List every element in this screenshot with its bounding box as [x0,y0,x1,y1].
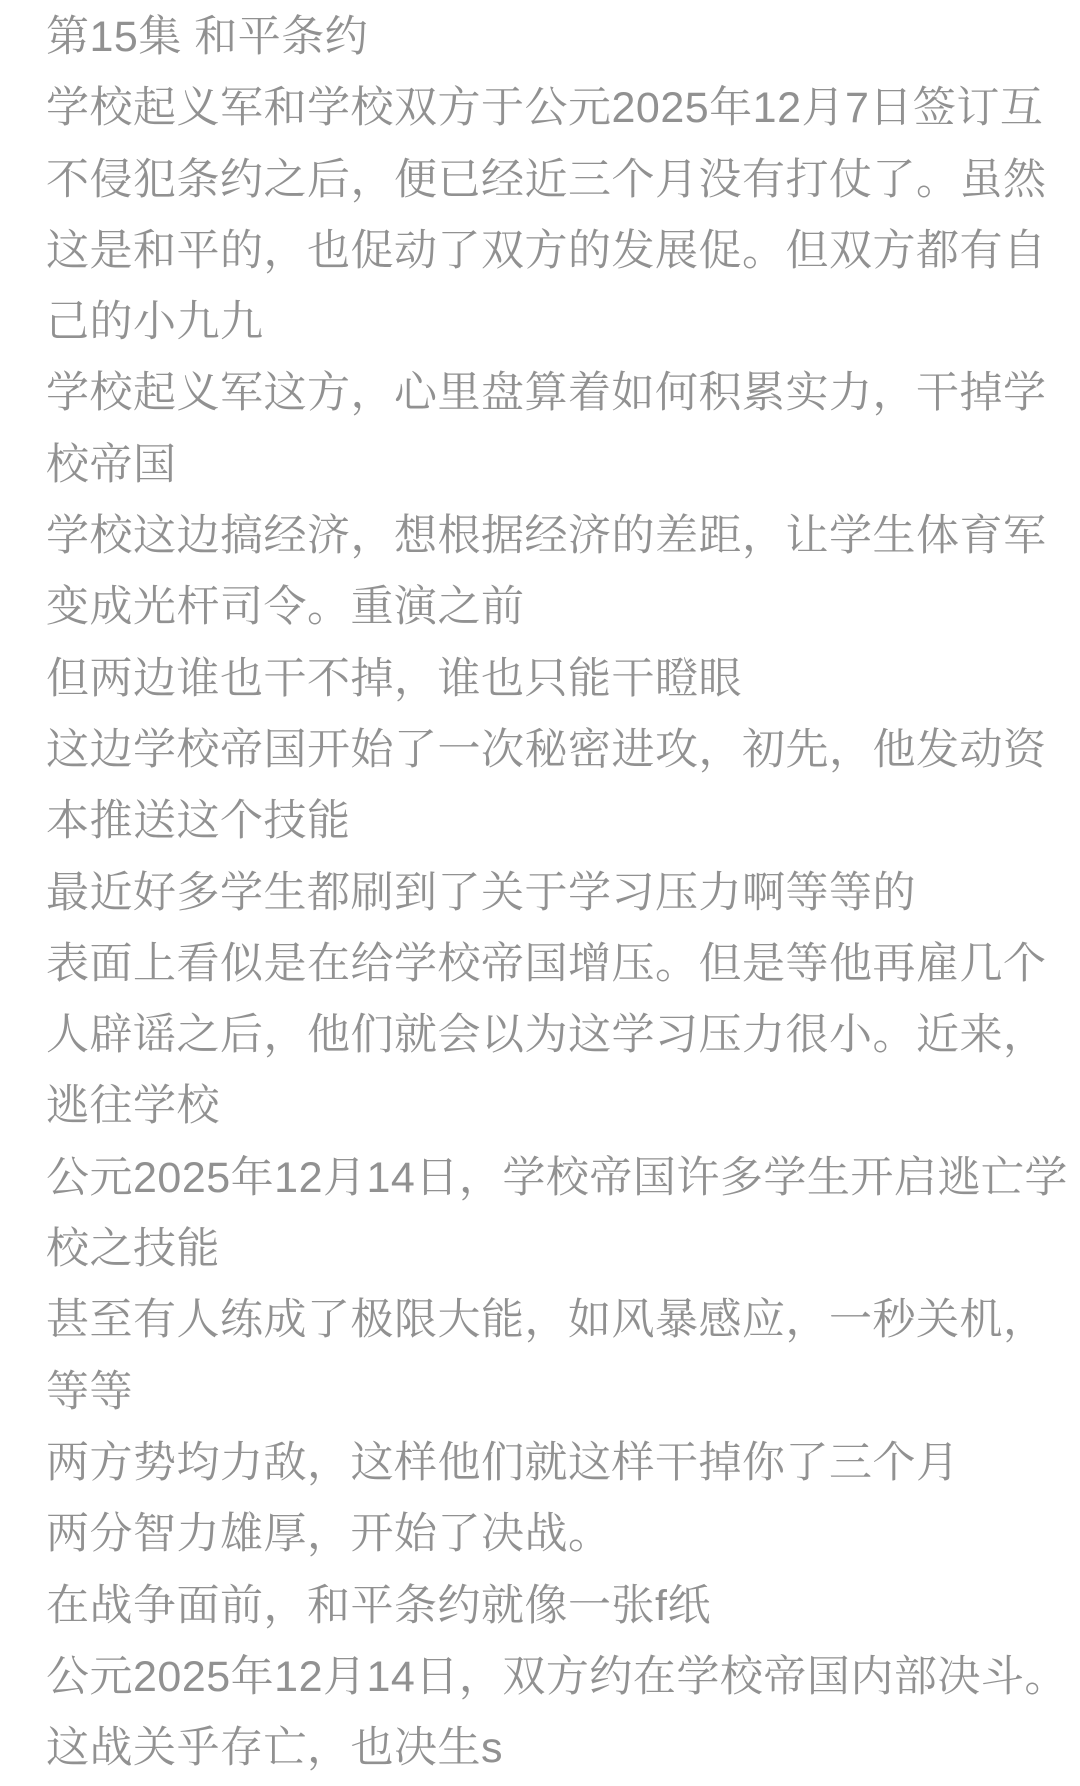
text-line: 但两边谁也干不掉，谁也只能干瞪眼 [46,644,1046,715]
text-line: 本推送这个技能 [46,786,1046,857]
text-line: 甚至有人练成了极限大能，如风暴感应，一秒关机， [46,1285,1046,1356]
text-line: 两分智力雄厚，开始了决战。 [46,1499,1046,1570]
text-line: 变成光杆司令。重演之前 [46,572,1046,643]
text-line: 这是和平的，也促动了双方的发展促。但双方都有自 [46,216,1046,287]
text-line: 第15集 和平条约 [46,2,1046,73]
text-line: 这战关乎存亡，也决生s [46,1713,1046,1784]
text-line: 表面上看似是在给学校帝国增压。但是等他再雇几个 [46,929,1046,1000]
text-line: 等等 [46,1357,1046,1428]
text-line: 校帝国 [46,430,1046,501]
text-line: 两方势均力敌，这样他们就这样干掉你了三个月 [46,1428,1046,1499]
text-line: 这边学校帝国开始了一次秘密进攻，初先，他发动资 [46,715,1046,786]
text-line: 最近好多学生都刷到了关于学习压力啊等等的 [46,858,1046,929]
text-line: 公元2025年12月14日，双方约在学校帝国内部决斗。 [46,1642,1046,1713]
text-line: 校之技能 [46,1214,1046,1285]
episode-text-body: 第15集 和平条约学校起义军和学校双方于公元2025年12月7日签订互不侵犯条约… [46,2,1046,1784]
text-line: 学校这边搞经济，想根据经济的差距，让学生体育军 [46,501,1046,572]
text-line: 学校起义军这方，心里盘算着如何积累实力，干掉学 [46,358,1046,429]
text-line: 不侵犯条约之后，便已经近三个月没有打仗了。虽然 [46,145,1046,216]
text-line: 在战争面前，和平条约就像一张f纸 [46,1571,1046,1642]
text-line: 人辟谣之后，他们就会以为这学习压力很小。近来， [46,1000,1046,1071]
text-line: 公元2025年12月14日，学校帝国许多学生开启逃亡学 [46,1143,1046,1214]
episode-text-page: 第15集 和平条约学校起义军和学校双方于公元2025年12月7日签订互不侵犯条约… [0,0,1080,1786]
text-line: 逃往学校 [46,1071,1046,1142]
text-line: 学校起义军和学校双方于公元2025年12月7日签订互 [46,73,1046,144]
text-line: 己的小九九 [46,287,1046,358]
